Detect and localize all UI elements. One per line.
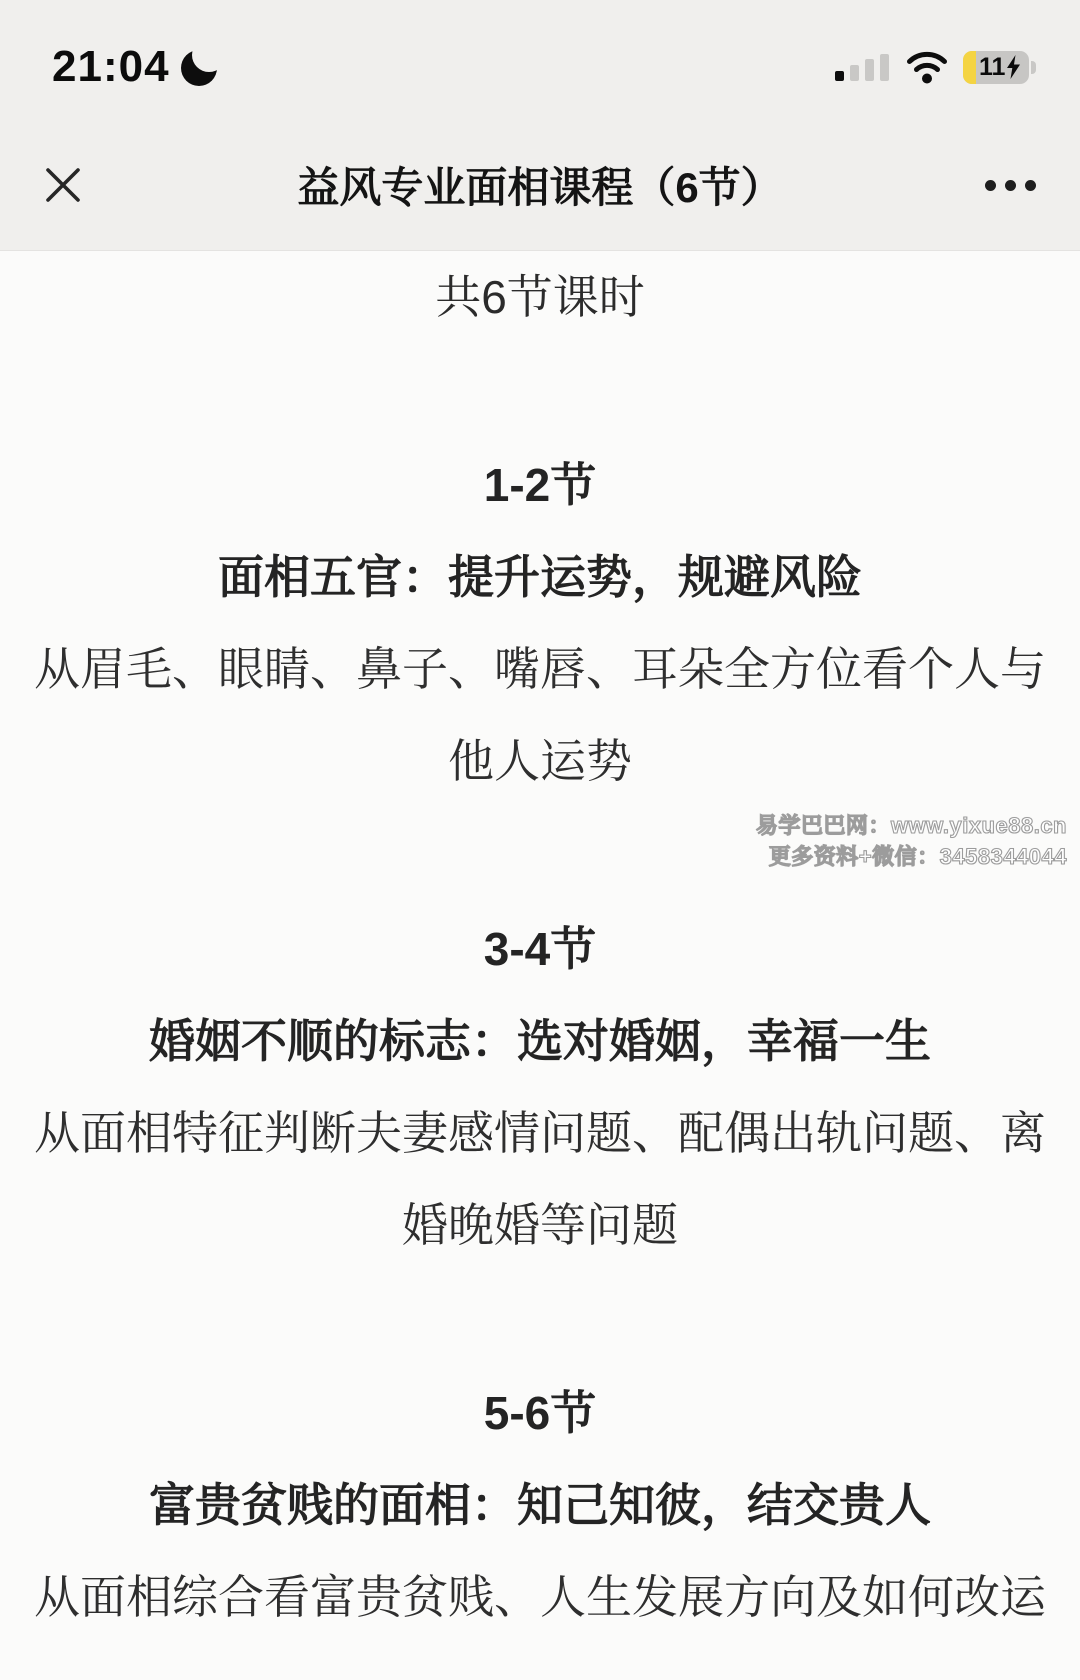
battery-indicator: 11 <box>963 51 1036 84</box>
more-dot <box>1025 180 1036 191</box>
course-section-3: 5-6节 富贵贫贱的面相：知己知彼，结交贵人 从面相综合看富贵贫贱、人生发展方向… <box>0 1367 1080 1643</box>
section-title: 面相五官：提升运势，规避风险 <box>0 531 1080 623</box>
top-chrome: 21:04 <box>0 0 1080 251</box>
clock-text: 21:04 <box>52 42 170 92</box>
cellular-signal-icon <box>835 53 891 82</box>
section-description: 从眉毛、眼睛、鼻子、嘴唇、耳朵全方位看个人与他人运势 <box>0 623 1080 807</box>
nav-left <box>42 164 172 206</box>
phone-screen: 21:04 <box>0 0 1080 1680</box>
more-menu-button[interactable] <box>983 174 1038 197</box>
status-left: 21:04 <box>52 42 220 92</box>
status-right: 11 <box>835 51 1036 84</box>
battery-nub <box>1031 61 1036 74</box>
moon-icon <box>178 46 220 88</box>
close-icon <box>42 164 84 206</box>
wifi-icon <box>906 51 948 84</box>
course-section-2: 3-4节 婚姻不顺的标志：选对婚姻，幸福一生 从面相特征判断夫妻感情问题、配偶出… <box>0 903 1080 1271</box>
charging-bolt-icon <box>1006 55 1021 79</box>
section-title: 富贵贫贱的面相：知己知彼，结交贵人 <box>0 1459 1080 1551</box>
nav-bar: 益风专业面相课程（6节） <box>0 120 1080 250</box>
battery-percent-text: 11 <box>979 51 1005 84</box>
page-title: 益风专业面相课程（6节） <box>172 155 908 215</box>
section-range: 1-2节 <box>0 439 1080 531</box>
course-article: 共6节课时 1-2节 面相五官：提升运势，规避风险 从眉毛、眼睛、鼻子、嘴唇、耳… <box>0 251 1080 1643</box>
section-range: 5-6节 <box>0 1367 1080 1459</box>
section-range: 3-4节 <box>0 903 1080 995</box>
battery-low-power-fill <box>963 51 976 84</box>
more-dot <box>985 180 996 191</box>
course-section-1: 1-2节 面相五官：提升运势，规避风险 从眉毛、眼睛、鼻子、嘴唇、耳朵全方位看个… <box>0 439 1080 807</box>
course-total-lessons: 共6节课时 <box>0 251 1080 343</box>
section-description: 从面相综合看富贵贫贱、人生发展方向及如何改运 <box>0 1551 1080 1643</box>
close-button[interactable] <box>42 164 84 206</box>
status-bar: 21:04 <box>0 0 1080 120</box>
nav-right <box>908 174 1038 197</box>
more-dot <box>1005 180 1016 191</box>
battery-body: 11 <box>963 51 1029 84</box>
section-description: 从面相特征判断夫妻感情问题、配偶出轨问题、离婚晚婚等问题 <box>0 1087 1080 1271</box>
section-title: 婚姻不顺的标志：选对婚姻，幸福一生 <box>0 995 1080 1087</box>
